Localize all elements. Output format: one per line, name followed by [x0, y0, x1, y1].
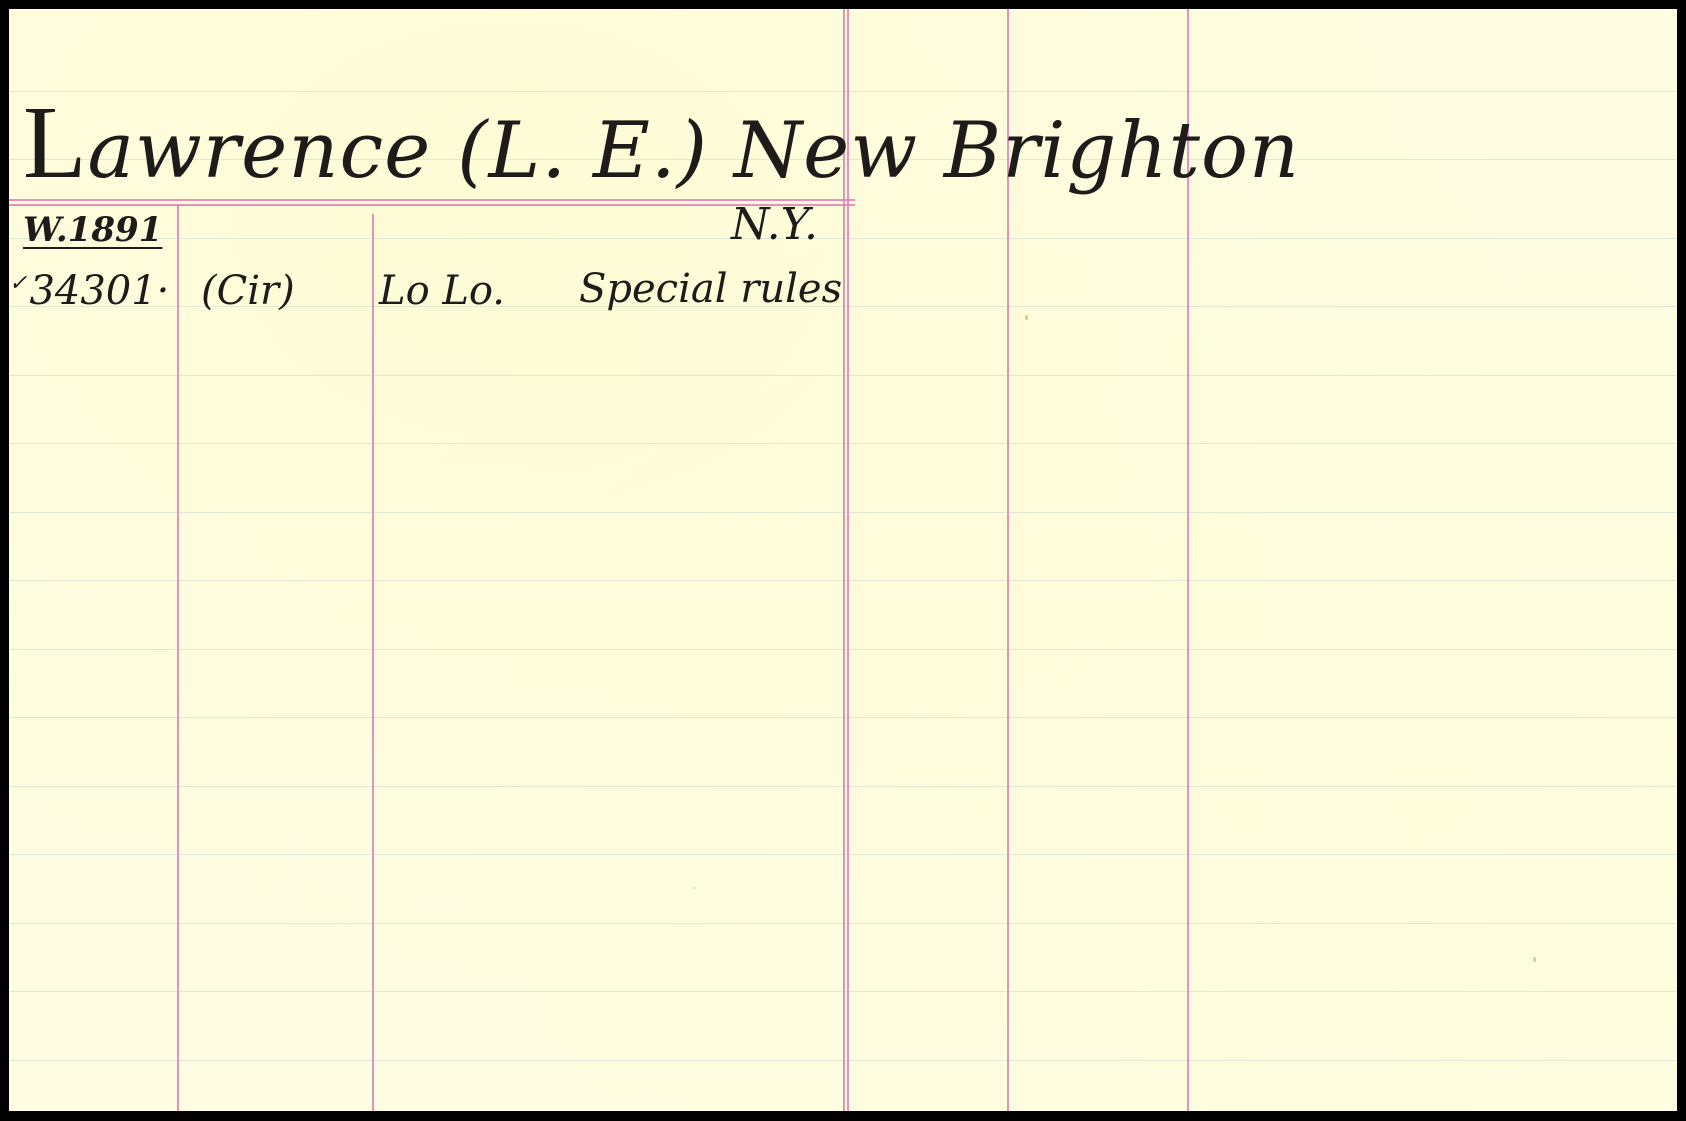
heading-rule-bottom — [9, 204, 855, 206]
heading-rule-top — [9, 199, 855, 201]
entry-number: ✓34301· — [9, 271, 169, 311]
column-line-1 — [177, 205, 179, 1111]
surname-rest: awrence — [88, 106, 432, 196]
index-card: Lawrence (L. E.) New Brighton N.Y. W.189… — [9, 9, 1677, 1111]
location: New Brighton — [734, 106, 1300, 196]
check-mark-icon: ✓ — [9, 271, 27, 296]
entry-type: (Cir) — [201, 271, 295, 311]
state-label: N.Y. — [731, 203, 818, 247]
paper-speck — [1533, 957, 1536, 962]
column-line-2 — [372, 214, 374, 1111]
card-heading: Lawrence (L. E.) New Brighton — [23, 91, 1300, 195]
entry-code: Lo Lo. — [379, 271, 505, 311]
paper-speck — [693, 887, 695, 889]
entry-year: W.1891 — [23, 213, 162, 247]
entry-note: Special rules — [579, 269, 842, 309]
paper-speck — [1025, 315, 1028, 320]
surname-initial: L — [23, 85, 88, 200]
initials: (L. E.) — [457, 106, 708, 196]
entry-number-value: 34301· — [29, 268, 169, 314]
